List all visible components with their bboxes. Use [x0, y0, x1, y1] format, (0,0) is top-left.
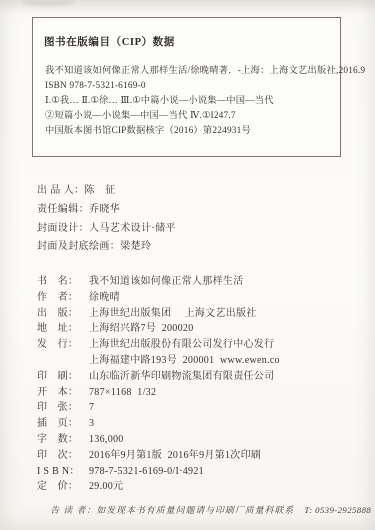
colophon-label: 作 者：: [37, 290, 89, 306]
colophon-label: I S B N：: [37, 464, 89, 480]
colophon-label: 发 行：: [37, 337, 89, 353]
colophon-value: 787×1168 1/32: [89, 387, 156, 398]
colophon-label: 印 张：: [37, 400, 89, 416]
colophon-label: 书 名：: [37, 274, 89, 290]
colophon-value: 上海绍兴路7号 200020: [89, 323, 194, 334]
colophon-value: 29.00元: [89, 481, 123, 492]
colophon-value: 7: [89, 402, 94, 413]
cip-line-classification-2: ②短篇小说—小说集—中国—当代 Ⅳ.①I247.7: [45, 109, 334, 124]
credit-label: 封面设计：: [37, 223, 89, 234]
colophon-label: 印 次：: [37, 448, 89, 464]
colophon-label: 字 数：: [37, 432, 89, 448]
cip-line-isbn: ISBN 978-7-5321-6169-0: [45, 79, 334, 94]
colophon-value: 我不知道该如何像正常人那样生活: [89, 276, 244, 287]
cip-lines: 我不知道该如何像正常人那样生活/徐晚晴著．-上海：上海文艺出版社,2016.9 …: [45, 64, 334, 139]
colophon-label: 插 页：: [37, 416, 89, 432]
colophon-value: 136,000: [89, 434, 124, 445]
credit-row-cover-illustration: 封面及封底绘画：梁楚玲: [37, 238, 176, 257]
copyright-page: 图书在版编目（CIP）数据 我不知道该如何像正常人那样生活/徐晚晴著．-上海：上…: [0, 0, 375, 530]
credit-value: 陈 征: [84, 185, 115, 196]
colophon-label: 出 版：: [37, 306, 89, 322]
credit-value: 乔晓华: [89, 204, 120, 215]
credit-value: 梁楚玲: [120, 241, 151, 252]
notice-phone: T: 0539-2925888: [294, 505, 371, 515]
colophon-row-sheets: 印 张：7: [37, 400, 280, 416]
credit-label: 封面及封底绘画：: [37, 241, 120, 252]
credit-label: 责任编辑：: [37, 204, 89, 215]
colophon-label: 开 本：: [37, 385, 89, 401]
notice-text: 如发现本书有质量问题请与印刷厂质量科联系: [96, 505, 294, 515]
colophon-value: 山东临沂新华印刷物流集团有限责任公司: [89, 371, 274, 382]
notice-label: 告 读 者：: [50, 505, 96, 515]
credit-label: 出 品 人：: [37, 185, 84, 196]
colophon-value: 上海世纪出版集团 上海文艺出版社: [89, 308, 257, 319]
colophon-row-publisher: 出 版：上海世纪出版集团 上海文艺出版社: [37, 306, 280, 322]
scan-artifact: [22, 0, 74, 6]
colophon-value: 978-7-5321-6169-0/I·4921: [89, 466, 204, 477]
colophon-label: 印 刷：: [37, 369, 89, 385]
colophon-label: 地 址：: [37, 321, 89, 337]
colophon-row-printing: 印 次：2016年9月第1版 2016年9月第1次印刷: [37, 448, 280, 464]
cip-line-description: 我不知道该如何像正常人那样生活/徐晚晴著．-上海：上海文艺出版社,2016.9: [45, 64, 334, 79]
credits-section: 出 品 人：陈 征 责任编辑：乔晓华 封面设计：人马艺术设计·储平 封面及封底绘…: [37, 182, 176, 257]
cip-line-classification-1: Ⅰ.①我… Ⅱ.①徐… Ⅲ.①中篇小说—小说集—中国—当代: [45, 94, 334, 109]
cip-line-record-number: 中国版本图书馆CIP数据核字（2016）第224931号: [45, 124, 334, 139]
reader-notice: 告 读 者：如发现本书有质量问题请与印刷厂质量科联系T: 0539-292588…: [37, 493, 371, 526]
credit-row-editor: 责任编辑：乔晓华: [37, 201, 176, 220]
colophon-value: 上海世纪出版股份有限公司发行中心发行: [89, 339, 274, 350]
credit-row-producer: 出 品 人：陈 征: [37, 182, 176, 201]
credit-row-cover-design: 封面设计：人马艺术设计·储平: [37, 220, 176, 239]
cip-data-box: 图书在版编目（CIP）数据 我不知道该如何像正常人那样生活/徐晚晴著．-上海：上…: [32, 17, 341, 157]
colophon-row-format: 开 本：787×1168 1/32: [37, 385, 280, 401]
colophon-row-inserts: 插 页：3: [37, 416, 280, 432]
colophon-row-title: 书 名：我不知道该如何像正常人那样生活: [37, 274, 280, 290]
colophon-row-word-count: 字 数：136,000: [37, 432, 280, 448]
colophon-row-address: 地 址：上海绍兴路7号 200020: [37, 321, 280, 337]
colophon-value: 2016年9月第1版 2016年9月第1次印刷: [89, 450, 261, 461]
colophon-row-author: 作 者：徐晚晴: [37, 290, 280, 306]
credit-value: 人马艺术设计·储平: [89, 223, 176, 234]
colophon-row-printer: 印 刷：山东临沂新华印刷物流集团有限责任公司: [37, 369, 280, 385]
colophon-row-isbn: I S B N：978-7-5321-6169-0/I·4921: [37, 464, 280, 480]
cip-title: 图书在版编目（CIP）数据: [44, 34, 175, 49]
colophon-value: 上海福建中路193号 200001 www.ewen.co: [89, 355, 280, 366]
colophon-row-distribution: 发 行：上海世纪出版股份有限公司发行中心发行: [37, 337, 280, 353]
colophon-value: 3: [89, 418, 94, 429]
colophon-value: 徐晚晴: [89, 292, 120, 303]
colophon-section: 书 名：我不知道该如何像正常人那样生活 作 者：徐晚晴 出 版：上海世纪出版集团…: [37, 274, 280, 495]
colophon-row-distribution-address: 上海福建中路193号 200001 www.ewen.co: [37, 353, 280, 369]
